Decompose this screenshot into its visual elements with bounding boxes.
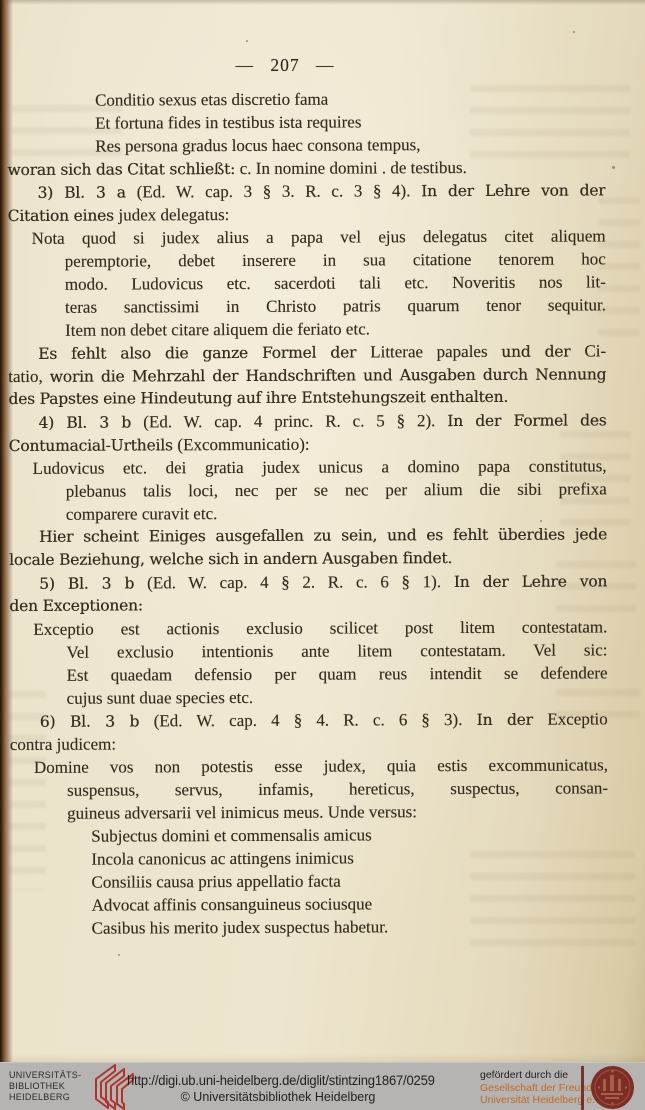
text-line: tatio, worin die Mehrzahl der Handschrif… — [8, 362, 606, 388]
german-fraktur-text: Es fehlt also die ganze Formel der — [38, 343, 370, 362]
text-line: Conditio sexus etas discretio fama — [95, 86, 605, 111]
text-line: Contumacial-Urtheils (Excommunicatio): — [9, 431, 607, 457]
latin-antiqua-text: Domine vos non potestis esse judex, quia… — [34, 755, 608, 777]
latin-antiqua-text: Vel exclusio intentionis ante litem cont… — [66, 640, 607, 661]
text-line: Et fortuna fides in testibus ista requir… — [95, 109, 605, 134]
latin-antiqua-text: (Ed. W. cap. 4 princ. R. c. 5 § 2). — [143, 411, 447, 431]
german-fraktur-text: worin die Mehrzahl der Handschriften und… — [50, 365, 607, 385]
text-line: Ludovicus etc. dei gratia judex unicus a… — [33, 454, 607, 480]
german-fraktur-text: des Papstes eine Hindeutung auf ihre Ent… — [8, 388, 508, 408]
footer-bar: UNIVERSITÄTS- BIBLIOTHEK HEIDELBERG http… — [0, 1062, 645, 1110]
text-line: locale Beziehung, welche sich in andern … — [9, 546, 607, 572]
funding-line: gefördert durch die — [480, 1069, 604, 1082]
text-line: Item non debet citare aliquem die feriat… — [65, 316, 606, 341]
text-line: contra judicem: — [10, 730, 608, 756]
german-fraktur-text: woran sich das Citat schließt: — [7, 160, 239, 179]
text-block: Conditio sexus etas discretio famaEt for… — [7, 86, 609, 940]
text-line: Casibus his merito judex suspectus habet… — [92, 914, 609, 939]
latin-antiqua-text: plebanus talis loci, nec per se nec per … — [66, 479, 607, 500]
copyright-line: © Universitätsbibliothek Heidelberg — [127, 1090, 429, 1104]
latin-antiqua-text: Ludovicus etc. dei gratia judex unicus a… — [33, 456, 607, 478]
text-line: plebanus talis loci, nec per se nec per … — [66, 477, 607, 502]
scan-speck — [573, 31, 575, 33]
text-line: Hier scheint Einiges ausgefallen zu sein… — [39, 523, 607, 548]
latin-antiqua-text: Nota quod si judex alius a papa vel ejus… — [32, 226, 606, 248]
latin-antiqua-text: tatio, — [8, 367, 49, 386]
text-line: Est quaedam defensio per quam reus inten… — [67, 661, 608, 686]
text-line: comparere curavit etc. — [66, 500, 607, 525]
text-line: suspensus, servus, infamis, hereticus, s… — [67, 776, 608, 801]
text-line: Advocat affinis consanguineus sociusque — [92, 891, 609, 916]
latin-antiqua-text: judex delegatus: — [118, 205, 229, 224]
latin-antiqua-text: peremptorie, debet inserere in sua citat… — [65, 249, 606, 270]
scan-speck — [118, 954, 120, 956]
text-line: guineus adversarii vel inimicus meus. Un… — [67, 799, 608, 824]
scan-speck — [246, 40, 248, 42]
latin-antiqua-text: modo. Ludovicus etc. sacerdoti tali etc.… — [65, 272, 606, 293]
latin-antiqua-text: Est quaedam defensio per quam reus inten… — [67, 663, 608, 684]
text-line: 3) Bl. 3 a (Ed. W. cap. 3 § 3. R. c. 3 §… — [37, 178, 605, 203]
latin-antiqua-text: guineus adversarii vel inimicus meus. Un… — [67, 802, 417, 823]
text-line: 4) Bl. 3 b (Ed. W. cap. 4 princ. R. c. 5… — [38, 408, 606, 433]
funding-line: Universität Heidelberg e.V. — [480, 1094, 604, 1107]
latin-antiqua-text: Advocat affinis consanguineus sociusque — [92, 894, 373, 914]
latin-antiqua-text: Casibus his merito judex suspectus habet… — [92, 917, 389, 937]
text-line: Exceptio est actionis exclusio scilicet … — [33, 615, 607, 641]
page-number: — 207 — — [7, 55, 563, 76]
latin-antiqua-text: c. In nomine domini . de testibus. — [240, 158, 467, 178]
funding-line: Gesellschaft der Freunde — [480, 1082, 604, 1095]
text-line: des Papstes eine Hindeutung auf ihre Ent… — [8, 385, 606, 411]
latin-antiqua-text: teras sanctissimi in Christo patris quar… — [65, 295, 606, 316]
text-line: Consiliis causa prius appellatio facta — [91, 868, 608, 893]
screenshot-stage: — 207 — Conditio sexus etas discretio fa… — [0, 0, 645, 1110]
german-fraktur-text: locale Beziehung, welche sich in andern … — [9, 549, 452, 569]
text-line: woran sich das Citat schließt: c. In nom… — [7, 155, 605, 181]
latin-antiqua-text: Ci- — [584, 341, 606, 360]
german-fraktur-text: und der — [501, 342, 584, 360]
german-fraktur-text: In der Lehre von der — [421, 181, 605, 200]
text-line: peremptorie, debet inserere in sua citat… — [65, 247, 606, 272]
library-wordmark-line: BIBLIOTHEK — [9, 1081, 81, 1092]
text-line: Domine vos non potestis esse judex, quia… — [34, 753, 608, 779]
text-line: teras sanctissimi in Christo patris quar… — [65, 293, 606, 318]
text-line: modo. Ludovicus etc. sacerdoti tali etc.… — [65, 270, 606, 295]
library-wordmark: UNIVERSITÄTS- BIBLIOTHEK HEIDELBERG — [9, 1070, 81, 1103]
latin-antiqua-text: Exceptio est actionis exclusio scilicet … — [33, 617, 607, 639]
scan-speck — [612, 166, 615, 169]
latin-antiqua-text: Et fortuna fides in testibus ista requir… — [95, 112, 361, 132]
text-line: 5) Bl. 3 b (Ed. W. cap. 4 § 2. R. c. 6 §… — [39, 569, 607, 594]
digitization-url[interactable]: http://digi.ub.uni-heidelberg.de/diglit/… — [127, 1072, 499, 1088]
german-fraktur-text: Contumacial-Urtheils — [9, 436, 178, 455]
german-fraktur-text: Citation eines — [8, 207, 119, 225]
german-fraktur-text: den Exceptionen: — [9, 596, 143, 615]
latin-antiqua-text: (Excommunicatio): — [177, 435, 309, 455]
text-line: Incola canonicus ac attingens inimicus — [91, 845, 608, 870]
german-fraktur-text: In der Lehre von — [454, 572, 608, 591]
latin-antiqua-text: suspensus, servus, infamis, hereticus, s… — [67, 778, 608, 799]
latin-antiqua-text: Res persona gradus locus haec consona te… — [95, 135, 420, 155]
footer-divider — [581, 1066, 584, 1110]
latin-antiqua-text: (Ed. W. cap. 4 § 2. R. c. 6 § 1). — [147, 572, 454, 592]
latin-antiqua-text: contra judicem: — [10, 735, 116, 754]
german-fraktur-text: In der — [476, 711, 547, 729]
latin-antiqua-text: Exceptio — [547, 709, 608, 728]
latin-antiqua-text: cujus sunt duae species etc. — [67, 688, 254, 708]
german-fraktur-text: 3) Bl. 3 a — [37, 183, 136, 201]
university-seal-icon — [590, 1065, 635, 1110]
text-line: den Exceptionen: — [9, 592, 607, 618]
text-line: Subjectus domini et commensalis amicus — [91, 822, 608, 847]
latin-antiqua-text: Consiliis causa prius appellatio facta — [91, 872, 340, 892]
funding-note: gefördert durch die Gesellschaft der Fre… — [480, 1069, 604, 1107]
latin-antiqua-text: (Ed. W. cap. 3 § 3. R. c. 3 § 4). — [137, 181, 421, 201]
text-line: Vel exclusio intentionis ante litem cont… — [66, 638, 607, 663]
latin-antiqua-text: comparere curavit etc. — [66, 504, 218, 524]
latin-antiqua-text: Litterae papales — [370, 342, 501, 362]
latin-antiqua-text: Incola canonicus ac attingens inimicus — [91, 848, 354, 868]
scanned-book-page: — 207 — Conditio sexus etas discretio fa… — [0, 0, 645, 1063]
text-line: Res persona gradus locus haec consona te… — [95, 132, 605, 157]
german-fraktur-text: 4) Bl. 3 b — [38, 413, 143, 431]
german-fraktur-text: 5) Bl. 3 b — [39, 574, 147, 592]
library-wordmark-line: HEIDELBERG — [9, 1092, 81, 1103]
german-fraktur-text: Hier scheint Einiges ausgefallen zu sein… — [39, 525, 607, 545]
text-line: Citation eines judex delegatus: — [8, 201, 606, 227]
german-fraktur-text: In der Formel des — [447, 411, 606, 430]
german-fraktur-text: 6) Bl. 3 b — [40, 712, 154, 730]
text-line: Es fehlt also die ganze Formel der Litte… — [38, 339, 606, 364]
text-line: cujus sunt duae species etc. — [67, 684, 608, 709]
text-line: 6) Bl. 3 b (Ed. W. cap. 4 § 4. R. c. 6 §… — [40, 707, 608, 732]
latin-antiqua-text: Item non debet citare aliquem die feriat… — [65, 319, 370, 339]
latin-antiqua-text: Conditio sexus etas discretio fama — [95, 90, 328, 110]
latin-antiqua-text: (Ed. W. cap. 4 § 4. R. c. 6 § 3). — [154, 710, 477, 730]
latin-antiqua-text: Subjectus domini et commensalis amicus — [91, 825, 372, 845]
text-line: Nota quod si judex alius a papa vel ejus… — [32, 224, 606, 250]
library-wordmark-line: UNIVERSITÄTS- — [9, 1070, 81, 1081]
